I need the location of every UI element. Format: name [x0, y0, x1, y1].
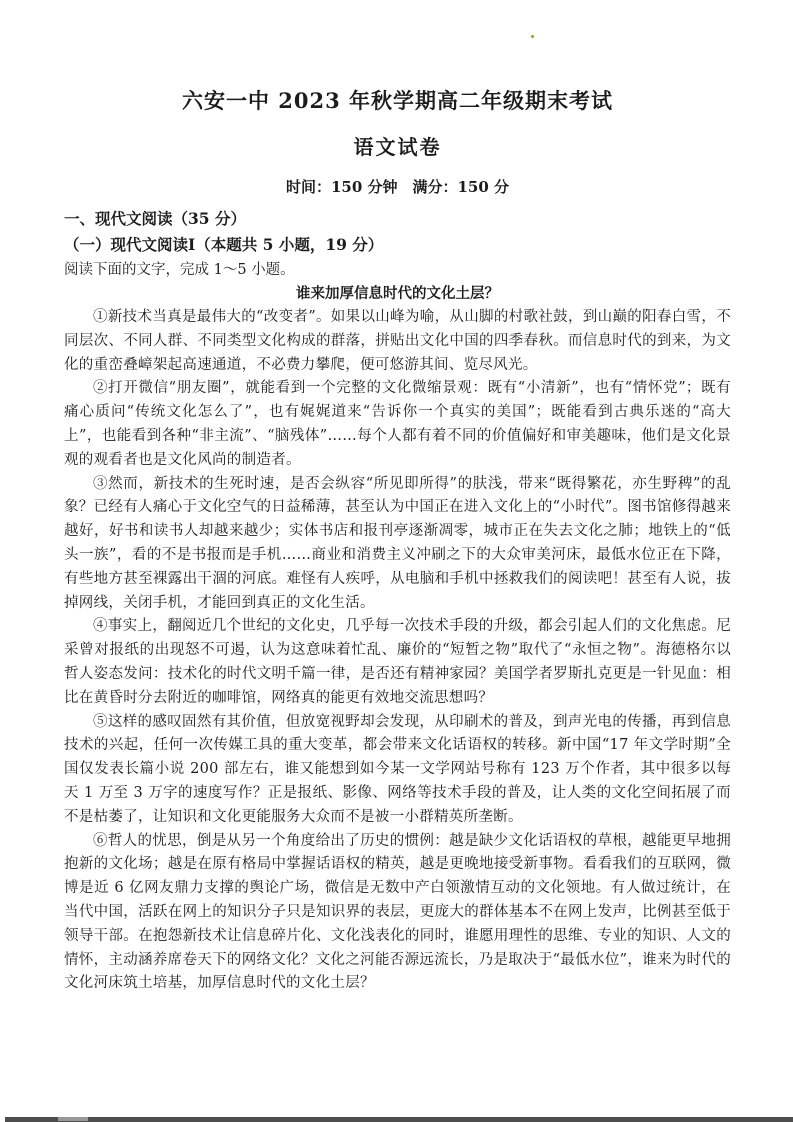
essay-paragraph-3: ③然而，新技术的生死时速，是否会纵容“所见即所得”的肤浅，带来“既得繁花，亦生野… [64, 473, 731, 616]
paper-subtitle: 语文试卷 [64, 135, 731, 160]
section-subheading-reading-1: （一）现代文阅读Ⅰ（本题共 5 小题，19 分） [64, 232, 731, 258]
essay-paragraph-6: ⑥哲人的忧思，倒是从另一个角度给出了历史的惯例：越是缺少文化话语权的草根，越能更… [64, 830, 731, 997]
essay-paragraph-5: ⑤这样的感叹固然有其价值，但放宽视野却会发现，从印刷术的普及，到声光电的传播，再… [64, 711, 731, 830]
reading-instruction: 阅读下面的文字，完成 1～5 小题。 [64, 258, 731, 282]
scan-speck-artifact [531, 35, 534, 38]
scan-edge-light-patch [58, 1117, 88, 1121]
scan-edge-bar [5, 1117, 793, 1122]
exam-meta: 时间：150 分钟 满分：150 分 [64, 177, 731, 197]
essay-title: 谁来加厚信息时代的文化土层？ [64, 282, 731, 306]
section-heading-modern-reading: 一、现代文阅读（35 分） [64, 206, 731, 232]
essay-paragraph-4: ④事实上，翻阅近几个世纪的文化史，几乎每一次技术手段的升级，都会引起人们的文化焦… [64, 615, 731, 710]
exam-page: 六安一中 2023 年秋学期高二年级期末考试 语文试卷 时间：150 分钟 满分… [0, 0, 793, 1122]
exam-title: 六安一中 2023 年秋学期高二年级期末考试 [64, 88, 731, 114]
essay-paragraph-1: ①新技术当真是最伟大的“改变者”。如果以山峰为喻，从山脚的村歌社鼓，到山巅的阳春… [64, 306, 731, 377]
essay-paragraph-2: ②打开微信“朋友圈”，就能看到一个完整的文化微缩景观：既有“小清新”，也有“情怀… [64, 377, 731, 472]
